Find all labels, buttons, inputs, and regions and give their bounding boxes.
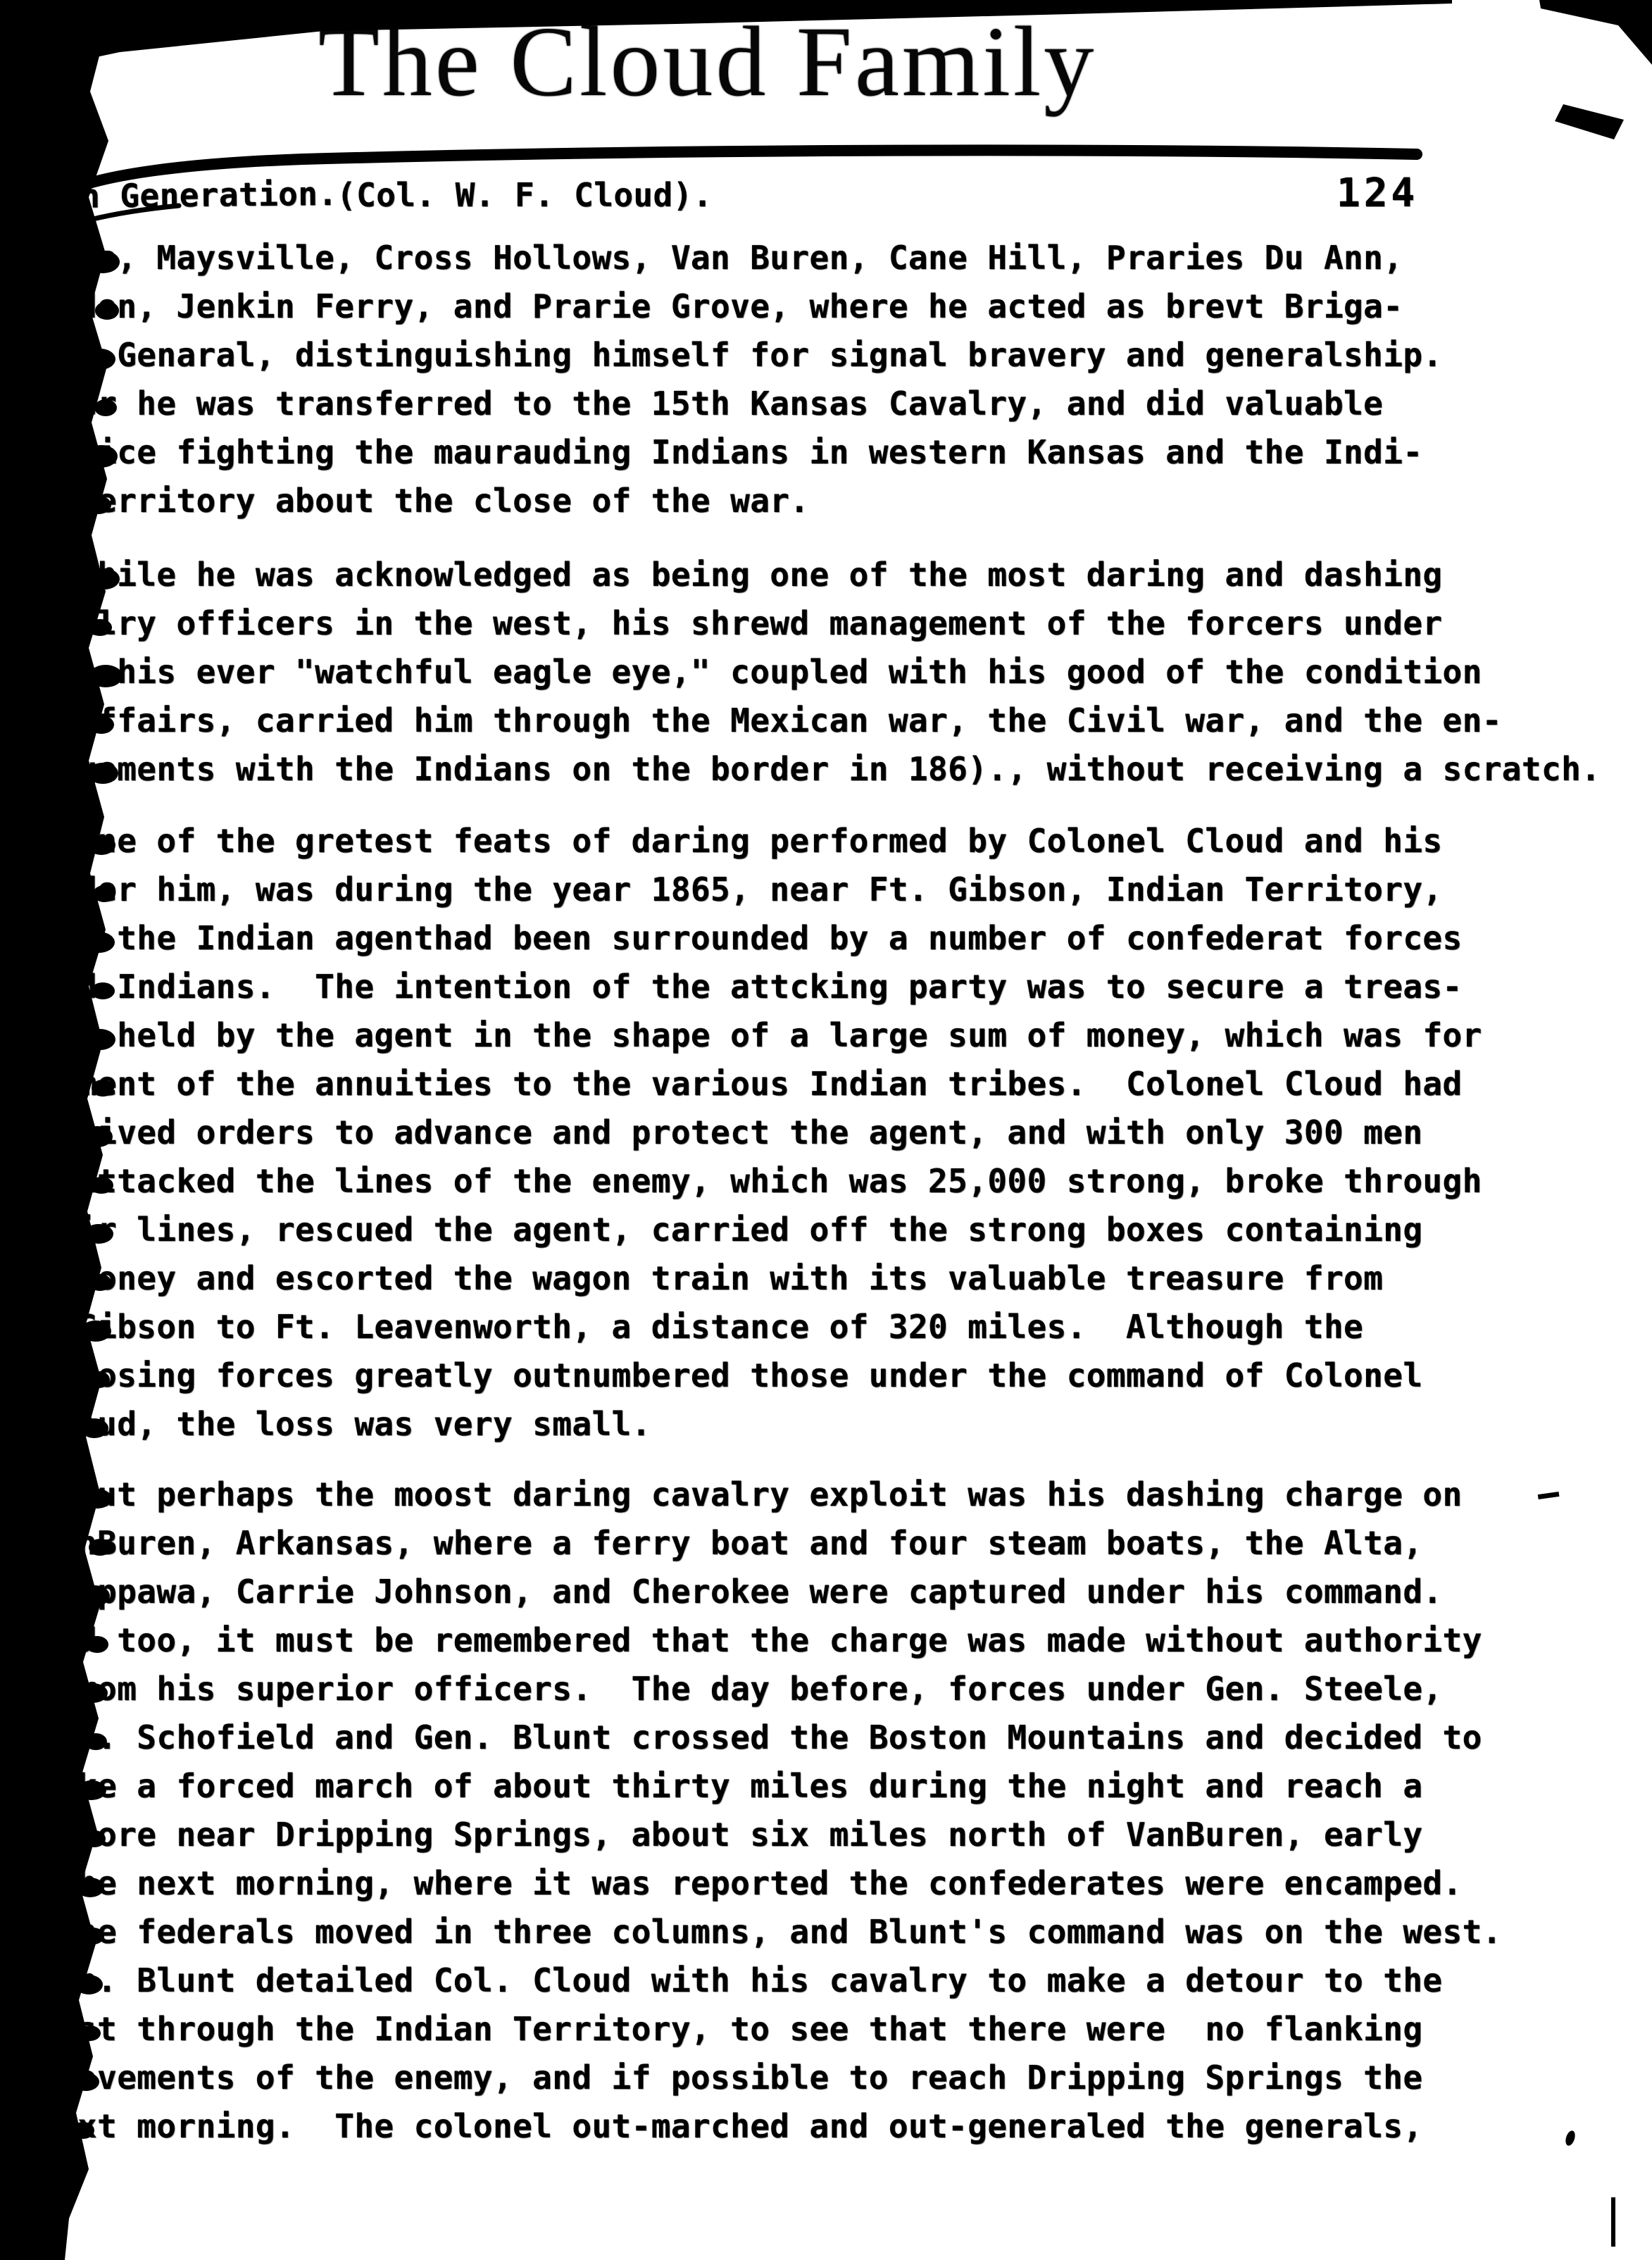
text-line: n. Schofield and Gen. Blunt crossed the …: [77, 1713, 1502, 1762]
text-line: ovements of the enemy, and if possible t…: [77, 2054, 1502, 2102]
paragraph: While he was acknowledged as being one o…: [77, 551, 1601, 794]
text-line: posing forces greatly outnumbered those …: [77, 1351, 1482, 1400]
text-line: rom his superior officers. The day befor…: [77, 1665, 1502, 1713]
text-line: One of the gretest feats of daring perfo…: [77, 817, 1482, 866]
text-line: er he was transferred to the 15th Kansas…: [77, 380, 1443, 428]
text-line: ment of the annuities to the various Ind…: [77, 1060, 1482, 1109]
text-line: he next morning, where it was reported t…: [77, 1859, 1502, 1908]
text-line: eived orders to advance and protect the …: [77, 1109, 1482, 1157]
scanned-page: The Cloud Family nth Generation. (Col. W…: [0, 0, 1652, 2260]
text-line: der him, was during the year 1865, near …: [77, 866, 1482, 914]
text-line: d too, it must be remembered that the ch…: [77, 1616, 1502, 1665]
text-line: he federals moved in three columns, and …: [77, 1908, 1502, 1956]
text-line: , his ever "watchful eagle eye," coupled…: [77, 648, 1601, 697]
paragraph: One of the gretest feats of daring perfo…: [77, 817, 1482, 1449]
text-line: vice fighting the maurauding Indians in …: [77, 428, 1443, 477]
text-line: den, Jenkin Ferry, and Prarie Grove, whe…: [77, 282, 1443, 331]
text-line: While he was acknowledged as being one o…: [77, 551, 1601, 599]
text-line: alry officers in the west, his shrewd ma…: [77, 599, 1601, 648]
text-line: tore near Dripping Springs, about six mi…: [77, 1811, 1502, 1859]
text-line: n. Blunt detailed Col. Cloud with his ca…: [77, 1956, 1502, 2005]
text-line: ir lines, rescued the agent, carried off…: [77, 1206, 1482, 1254]
text-line: st through the Indian Territory, to see …: [77, 2005, 1502, 2054]
paragraph: But perhaps the moost daring cavalry exp…: [77, 1471, 1502, 2151]
text-line: territory about the close of the war.: [77, 477, 1443, 525]
text-line: n the Indian agenthad been surrounded by…: [77, 914, 1482, 963]
text-line: But perhaps the moost daring cavalry exp…: [77, 1471, 1502, 1519]
text-line: d Indians. The intention of the attcking…: [77, 963, 1482, 1011]
text-line: money and escorted the wagon train with …: [77, 1254, 1482, 1303]
text-line: r Genaral, distinguishing himself for si…: [77, 331, 1443, 380]
text-line: affairs, carried him through the Mexican…: [77, 697, 1601, 745]
body-text: ia, Maysville, Cross Hollows, Van Buren,…: [0, 0, 1652, 2260]
text-line: gements with the Indians on the border i…: [77, 745, 1601, 794]
text-line: attacked the lines of the enemy, which w…: [77, 1157, 1482, 1206]
text-line: ia, Maysville, Cross Hollows, Van Buren,…: [77, 234, 1443, 282]
text-line: e held by the agent in the shape of a la…: [77, 1011, 1482, 1060]
text-line: ke a forced march of about thirty miles …: [77, 1762, 1502, 1811]
paragraph: ia, Maysville, Cross Hollows, Van Buren,…: [77, 234, 1443, 525]
text-line: ippawa, Carrie Johnson, and Cherokee wer…: [77, 1568, 1502, 1616]
text-line: Gibson to Ft. Leavenworth, a distance of…: [77, 1303, 1482, 1351]
text-line: nBuren, Arkansas, where a ferry boat and…: [77, 1519, 1502, 1568]
text-line: xt morning. The colonel out-marched and …: [77, 2102, 1502, 2151]
text-line: oud, the loss was very small.: [77, 1400, 1482, 1449]
